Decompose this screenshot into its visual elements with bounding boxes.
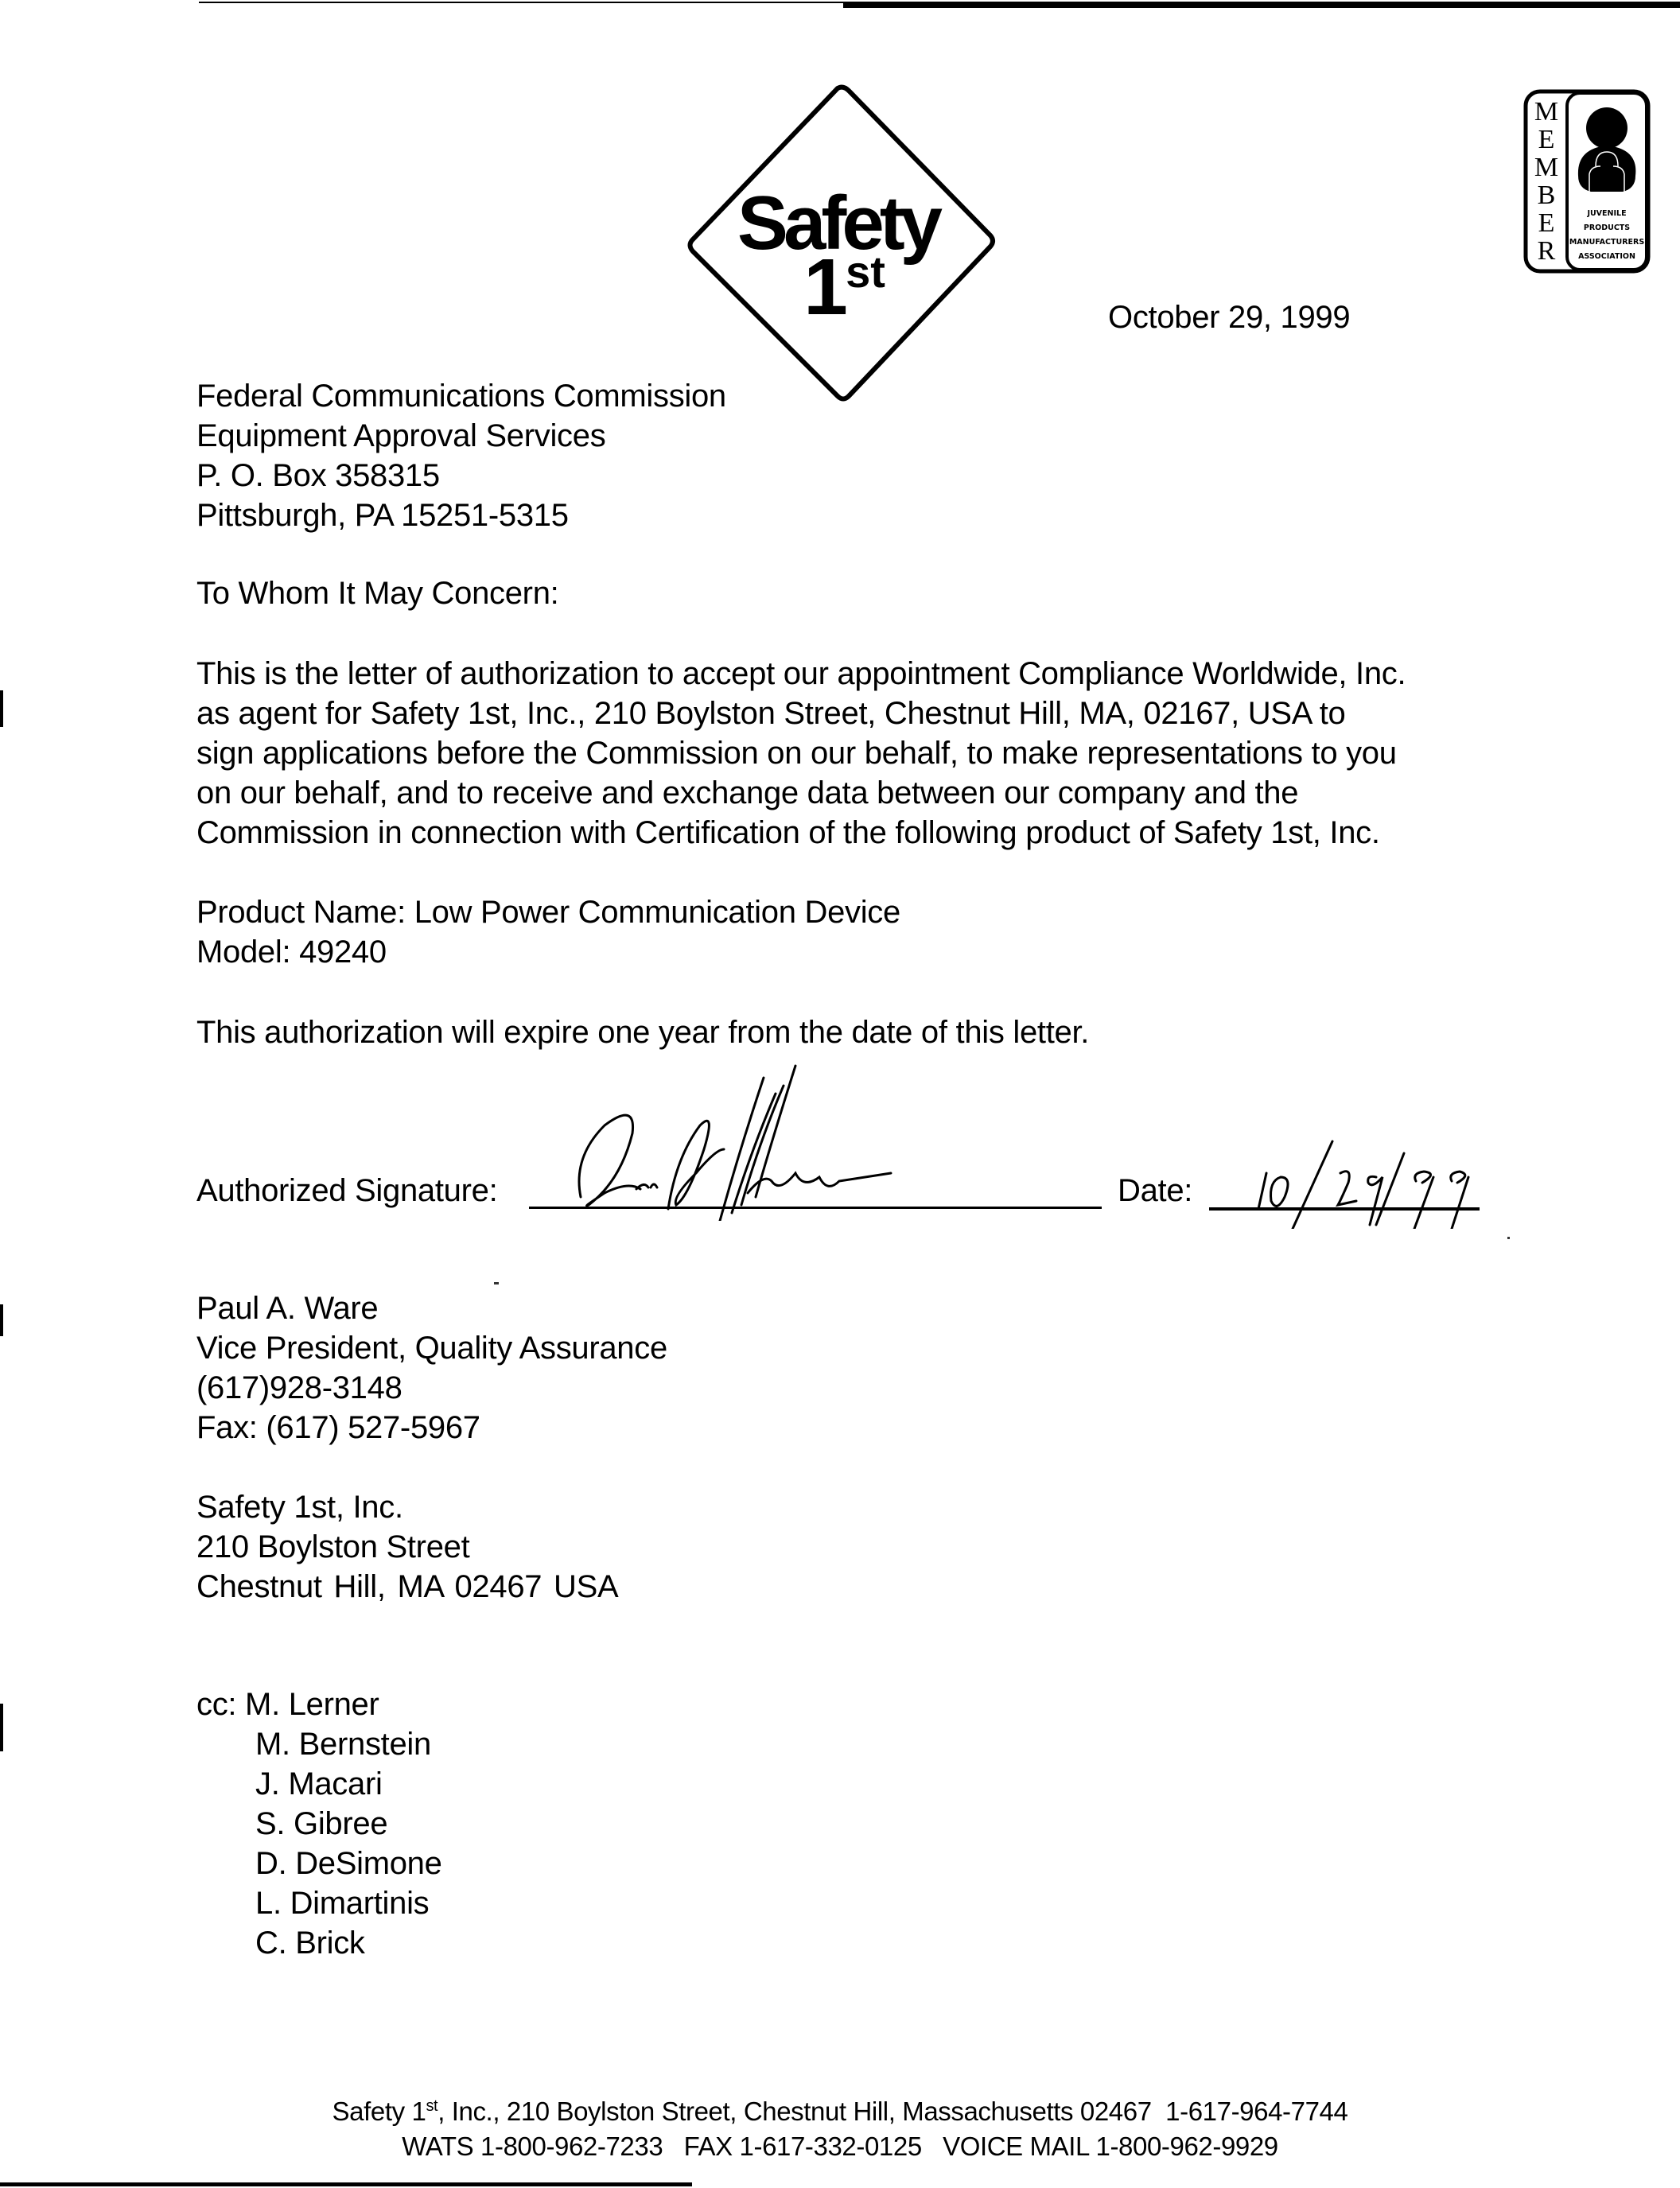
svg-text:st: st <box>846 247 885 297</box>
cc-name: M. Bernstein <box>196 1724 442 1764</box>
recipient-line: Federal Communications Commission <box>196 376 726 416</box>
scan-speck <box>494 1282 499 1284</box>
svg-text:JUVENILE: JUVENILE <box>1586 209 1626 218</box>
company-line: Safety 1st, Inc. <box>196 1487 618 1527</box>
safety-1st-logo: Safety 1 st <box>675 82 1001 408</box>
cc-name: C. Brick <box>196 1923 442 1963</box>
svg-text:M: M <box>1534 97 1558 126</box>
scan-edge-mark <box>0 1304 3 1336</box>
date-label: Date: <box>1118 1171 1192 1211</box>
body-line: This is the letter of authorization to a… <box>196 654 1549 694</box>
cc-name: L. Dimartinis <box>196 1883 442 1923</box>
company-line: Chestnut Hill, MA 02467 USA <box>196 1567 618 1607</box>
product-info: Product Name: Low Power Communication De… <box>196 892 900 972</box>
company-address: Safety 1st, Inc. 210 Boylston Street Che… <box>196 1487 618 1607</box>
body-line: on our behalf, and to receive and exchan… <box>196 773 1549 813</box>
scan-speck <box>1507 1237 1510 1239</box>
jpma-member-badge: MEMBER JUVENILEPRODUCTSMANUFACTURERSASSO… <box>1522 88 1651 274</box>
recipient-line: P. O. Box 358315 <box>196 456 726 496</box>
cc-name: D. DeSimone <box>196 1844 442 1883</box>
body-line: as agent for Safety 1st, Inc., 210 Boyls… <box>196 694 1549 733</box>
scan-edge-mark <box>0 1704 3 1751</box>
recipient-address: Federal Communications Commission Equipm… <box>196 376 726 535</box>
svg-text:1: 1 <box>803 243 848 332</box>
letterhead-footer: Safety 1st, Inc., 210 Boylston Street, C… <box>0 2089 1680 2164</box>
recipient-line: Pittsburgh, PA 15251-5315 <box>196 496 726 535</box>
signer-title: Vice President, Quality Assurance <box>196 1328 667 1368</box>
signer-name: Paul A. Ware <box>196 1288 667 1328</box>
product-model: Model: 49240 <box>196 932 900 972</box>
svg-text:E: E <box>1538 125 1555 154</box>
scan-edge-line <box>843 3 1680 8</box>
salutation: To Whom It May Concern: <box>196 573 558 613</box>
signature-label: Authorized Signature: <box>196 1171 497 1211</box>
letter-date: October 29, 1999 <box>1108 297 1350 337</box>
product-name: Product Name: Low Power Communication De… <box>196 892 900 932</box>
signer-block: Paul A. Ware Vice President, Quality Ass… <box>196 1288 667 1448</box>
signer-fax: Fax: (617) 527-5967 <box>196 1408 667 1448</box>
company-line: 210 Boylston Street <box>196 1527 618 1567</box>
cc-name: M. Lerner <box>245 1687 379 1722</box>
svg-text:MANUFACTURERS: MANUFACTURERS <box>1569 238 1645 247</box>
body-paragraph: This is the letter of authorization to a… <box>196 654 1549 853</box>
footer-line-2: WATS 1-800-962-7233 FAX 1-617-332-0125 V… <box>0 2129 1680 2164</box>
svg-text:B: B <box>1538 181 1556 210</box>
cc-list: cc: M. Lerner M. Bernstein J. Macari S. … <box>196 1685 442 1963</box>
svg-text:ASSOCIATION: ASSOCIATION <box>1578 252 1635 261</box>
expiration-note: This authorization will expire one year … <box>196 1012 1089 1052</box>
footer-line-1: Safety 1st, Inc., 210 Boylston Street, C… <box>0 2089 1680 2129</box>
svg-text:E: E <box>1538 208 1555 238</box>
svg-text:M: M <box>1534 153 1558 182</box>
cc-first-line: cc: M. Lerner <box>196 1685 442 1724</box>
cc-name: S. Gibree <box>196 1804 442 1844</box>
svg-text:R: R <box>1538 236 1556 266</box>
cc-label: cc: <box>196 1687 236 1722</box>
recipient-line: Equipment Approval Services <box>196 416 726 456</box>
scan-edge-line <box>0 2182 692 2186</box>
cc-name: J. Macari <box>196 1764 442 1804</box>
body-line: Commission in connection with Certificat… <box>196 813 1549 853</box>
body-line: sign applications before the Commission … <box>196 733 1549 773</box>
scan-edge-mark <box>0 690 3 727</box>
handwritten-signature <box>557 1062 1010 1221</box>
handwritten-date: 10/29/99 <box>1249 1133 1487 1229</box>
signer-phone: (617)928-3148 <box>196 1368 667 1408</box>
svg-text:PRODUCTS: PRODUCTS <box>1584 223 1630 232</box>
